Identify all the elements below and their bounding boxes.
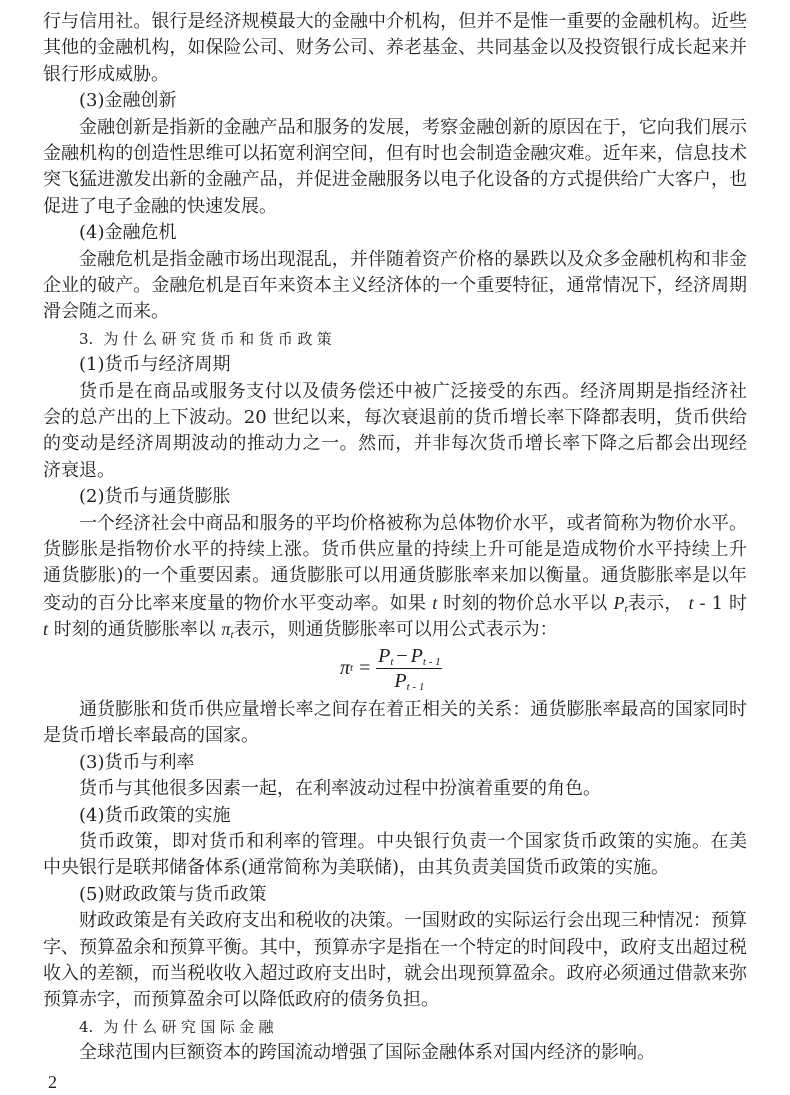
text-line: 货币与其他很多因素一起，在利率波动过程中扮演着重要的角色。 — [43, 776, 747, 802]
text-line: 企业的破产。金融危机是百年来资本主义经济体的一个重要特征，通常情况下，经济周期下 — [43, 273, 747, 299]
math-subscript: t - 1 — [423, 656, 441, 668]
text-line: 中央银行是联邦储备体系(通常简称为美联储)，由其负责美国货币政策的实施。 — [43, 855, 747, 881]
math-variable: π — [221, 619, 230, 639]
text-line: 滑会随之而来。 — [43, 299, 747, 325]
math-variable: t — [43, 619, 48, 639]
text-line: 行与信用社。银行是经济规模最大的金融中介机构，但并不是惟一重要的金融机构。近些年 — [43, 9, 747, 35]
text-line: 货膨胀是指物价水平的持续上涨。货币供应量的持续上升可能是造成物价水平持续上升(即 — [43, 537, 747, 563]
text-segment: 时刻的物价总水平以 — [443, 593, 607, 614]
text-segment: 表示， — [628, 593, 683, 614]
math-variable: P — [378, 645, 390, 667]
text-line: 一个经济社会中商品和服务的平均价格被称为总体物价水平，或者简称为物价水平。通 — [43, 511, 747, 537]
subsection-heading-monetary-policy: (4)货币政策的实施 — [43, 803, 747, 829]
section-number: 3. — [79, 330, 93, 348]
text-line: 金融机构的创造性思维可以拓宽利润空间，但有时也会制造金融灾难。近年来，信息技术的 — [43, 141, 747, 167]
text-line: 全球范围内巨额资本的跨国流动增强了国际金融体系对国内经济的影响。 — [43, 1040, 747, 1066]
page-number: 2 — [48, 1069, 57, 1095]
text-line: 收入的差额，而当税收收入超过政府支出时，就会出现预算盈余。政府必须通过借款来弥补 — [43, 961, 747, 987]
text-line: 是货币增长率最高的国家。 — [43, 723, 747, 749]
section-title: 为什么研究货币和货币政策 — [103, 330, 336, 348]
text-line: 字、预算盈余和预算平衡。其中，预算赤字是指在一个特定的时间段中，政府支出超过税收 — [43, 935, 747, 961]
text-line: 通货膨胀和货币供应量增长率之间存在着正相关的关系：通货膨胀率最高的国家同时也 — [43, 697, 747, 723]
subsection-heading-money-interest-rates: (3)货币与利率 — [43, 750, 747, 776]
text-line: 突飞猛进激发出新的金融产品，并促进金融服务以电子化设备的方式提供给广大客户，也即 — [43, 167, 747, 193]
text-line-with-math: 变动的百分比率来度量的物价水平变动率。如果 t 时刻的物价总水平以 Pt表示， … — [43, 590, 747, 616]
formula-denominator: Pt - 1 — [394, 671, 424, 691]
text-segment: 表示，则通货膨胀率可以用公式表示为： — [234, 619, 558, 640]
section-number: 4. — [79, 1018, 93, 1036]
text-line: 银行形成威胁。 — [43, 62, 747, 88]
subsection-heading-money-inflation: (2)货币与通货膨胀 — [43, 484, 747, 510]
text-line: 通货膨胀)的一个重要因素。通货膨胀可以用通货膨胀率来加以衡量。通货膨胀率是以年度 — [43, 563, 747, 589]
text-line: 的变动是经济周期波动的推动力之一。然而，并非每次货币增长率下降之后都会出现经 — [43, 431, 747, 457]
subsection-heading-fiscal-policy: (5)财政政策与货币政策 — [43, 882, 747, 908]
text-segment: 时刻的通货膨胀率以 — [54, 619, 216, 640]
text-line-with-math: t 时刻的通货膨胀率以 πt表示，则通货膨胀率可以用公式表示为： — [43, 616, 747, 642]
text-line: 金融危机是指金融市场出现混乱，并伴随着资产价格的暴跌以及众多金融机构和非金融 — [43, 247, 747, 273]
subsection-heading-financial-crisis: (4)金融危机 — [43, 220, 747, 246]
text-line: 会的总产出的上下波动。20 世纪以来，每次衰退前的货币增长率下降都表明，货币供给 — [43, 405, 747, 431]
section-title: 为什么研究国际金融 — [103, 1018, 278, 1036]
section-heading-4: 4.为什么研究国际金融 — [43, 1014, 747, 1040]
math-operator: − — [396, 645, 407, 667]
text-line: 济衰退。 — [43, 458, 747, 484]
text-segment: 变动的百分比率来度量的物价水平变动率。如果 — [43, 593, 426, 614]
math-variable: P — [614, 593, 625, 613]
math-subscript: t - 1 — [407, 681, 425, 693]
text-line: 其他的金融机构，如保险公司、财务公司、养老基金、共同基金以及投资银行成长起来并对 — [43, 35, 747, 61]
section-heading-3: 3.为什么研究货币和货币政策 — [43, 326, 747, 352]
fraction-bar — [376, 668, 442, 669]
text-line: 促进了电子金融的快速发展。 — [43, 194, 747, 220]
text-line: 金融创新是指新的金融产品和服务的发展，考察金融创新的原因在于，它向我们展示了 — [43, 115, 747, 141]
math-variable: P — [394, 670, 406, 692]
formula-numerator: Pt−Pt - 1 — [378, 646, 441, 666]
formula-equals: = — [359, 657, 370, 680]
math-variable: t — [432, 593, 437, 613]
math-variable: P — [411, 645, 423, 667]
subsection-heading-financial-innovation: (3)金融创新 — [43, 88, 747, 114]
text-line: 货币政策，即对货币和利率的管理。中央银行负责一个国家货币政策的实施。在美国， — [43, 829, 747, 855]
text-line: 货币是在商品或服务支付以及债务偿还中被广泛接受的东西。经济周期是指经济社 — [43, 379, 747, 405]
text-line: 财政政策是有关政府支出和税收的决策。一国财政的实际运行会出现三种情况：预算赤 — [43, 908, 747, 934]
subsection-heading-money-business-cycle: (1)货币与经济周期 — [43, 352, 747, 378]
formula-lhs: π — [340, 657, 350, 680]
formula-fraction: Pt−Pt - 1 Pt - 1 — [376, 646, 442, 691]
text-line: 预算赤字，而预算盈余可以降低政府的债务负担。 — [43, 987, 747, 1013]
inflation-rate-formula: πt = Pt−Pt - 1 Pt - 1 — [340, 645, 442, 691]
math-subscript: t — [390, 656, 393, 668]
